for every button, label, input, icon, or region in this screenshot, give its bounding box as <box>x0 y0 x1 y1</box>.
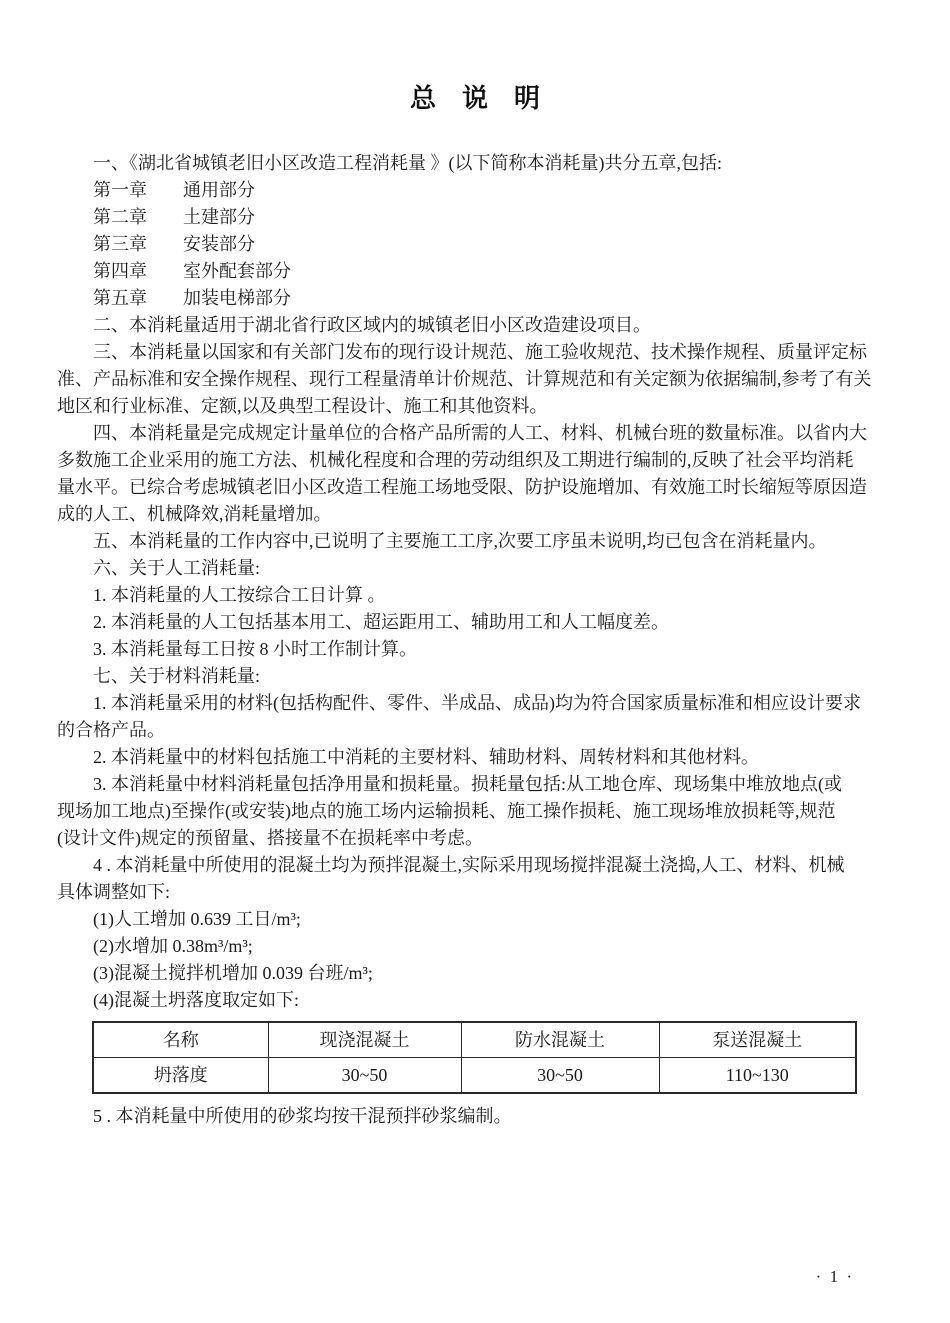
paragraph: 1. 本消耗量的人工按综合工日计算 。 <box>57 582 897 609</box>
paragraph: (3)混凝土搅拌机增加 0.039 台班/m³; <box>57 960 897 987</box>
paragraph: 第四章 室外配套部分 <box>57 258 897 285</box>
slump-table: 名称 现浇混凝土 防水混凝土 泵送混凝土 坍落度 30~50 30~50 110… <box>92 1021 857 1094</box>
table-cell-cast-in-place-value: 30~50 <box>268 1058 461 1094</box>
page-number: · 1 · <box>816 1267 854 1287</box>
paragraph: 四、本消耗量是完成规定计量单位的合格产品所需的人工、材料、机械台班的数量标准。以… <box>57 420 897 528</box>
paragraph: (2)水增加 0.38m³/m³; <box>57 933 897 960</box>
paragraph: 1. 本消耗量采用的材料(包括构配件、零件、半成品、成品)均为符合国家质量标准和… <box>57 690 897 744</box>
page-title: 总 说 明 <box>0 0 950 114</box>
body-text: 一、《湖北省城镇老旧小区改造工程消耗量 》(以下简称本消耗量)共分五章,包括:第… <box>57 150 897 1130</box>
table-cell-pumped-value: 110~130 <box>659 1058 856 1094</box>
paragraph: 第二章 土建部分 <box>57 204 897 231</box>
table-row-slump: 坍落度 30~50 30~50 110~130 <box>93 1058 856 1094</box>
paragraph: 第一章 通用部分 <box>57 177 897 204</box>
paragraph: 三、本消耗量以国家和有关部门发布的现行设计规范、施工验收规范、技术操作规程、质量… <box>57 339 897 420</box>
document-page: 总 说 明 一、《湖北省城镇老旧小区改造工程消耗量 》(以下简称本消耗量)共分五… <box>0 0 950 1323</box>
table-header-cast-in-place-concrete: 现浇混凝土 <box>268 1022 461 1058</box>
paragraph: (1)人工增加 0.639 工日/m³; <box>57 906 897 933</box>
closing-paragraph: 5 . 本消耗量中所使用的砂浆均按干混预拌砂浆编制。 <box>57 1103 897 1130</box>
paragraph: 4 . 本消耗量中所使用的混凝土均为预拌混凝土,实际采用现场搅拌混凝土浇捣,人工… <box>57 852 897 906</box>
paragraphs: 一、《湖北省城镇老旧小区改造工程消耗量 》(以下简称本消耗量)共分五章,包括:第… <box>57 150 897 1014</box>
paragraph: 六、关于人工消耗量: <box>57 555 897 582</box>
paragraph: 第五章 加装电梯部分 <box>57 285 897 312</box>
paragraph: 七、关于材料消耗量: <box>57 663 897 690</box>
table-header-waterproof-concrete: 防水混凝土 <box>461 1022 659 1058</box>
table-header-pumped-concrete: 泵送混凝土 <box>659 1022 856 1058</box>
paragraph: 3. 本消耗量中材料消耗量包括净用量和损耗量。损耗量包括:从工地仓库、现场集中堆… <box>57 771 897 852</box>
paragraph: 一、《湖北省城镇老旧小区改造工程消耗量 》(以下简称本消耗量)共分五章,包括: <box>57 150 897 177</box>
paragraph: 五、本消耗量的工作内容中,已说明了主要施工工序,次要工序虽未说明,均已包含在消耗… <box>57 528 897 555</box>
paragraph: 第三章 安装部分 <box>57 231 897 258</box>
paragraph: 2. 本消耗量中的材料包括施工中消耗的主要材料、辅助材料、周转材料和其他材料。 <box>57 744 897 771</box>
paragraph: 3. 本消耗量每工日按 8 小时工作制计算。 <box>57 636 897 663</box>
paragraph: 2. 本消耗量的人工包括基本用工、超运距用工、辅助用工和人工幅度差。 <box>57 609 897 636</box>
table-header-row: 名称 现浇混凝土 防水混凝土 泵送混凝土 <box>93 1022 856 1058</box>
paragraph: 二、本消耗量适用于湖北省行政区域内的城镇老旧小区改造建设项目。 <box>57 312 897 339</box>
table-header-name: 名称 <box>93 1022 268 1058</box>
paragraph: (4)混凝土坍落度取定如下: <box>57 987 897 1014</box>
table-cell-slump-label: 坍落度 <box>93 1058 268 1094</box>
table-cell-waterproof-value: 30~50 <box>461 1058 659 1094</box>
